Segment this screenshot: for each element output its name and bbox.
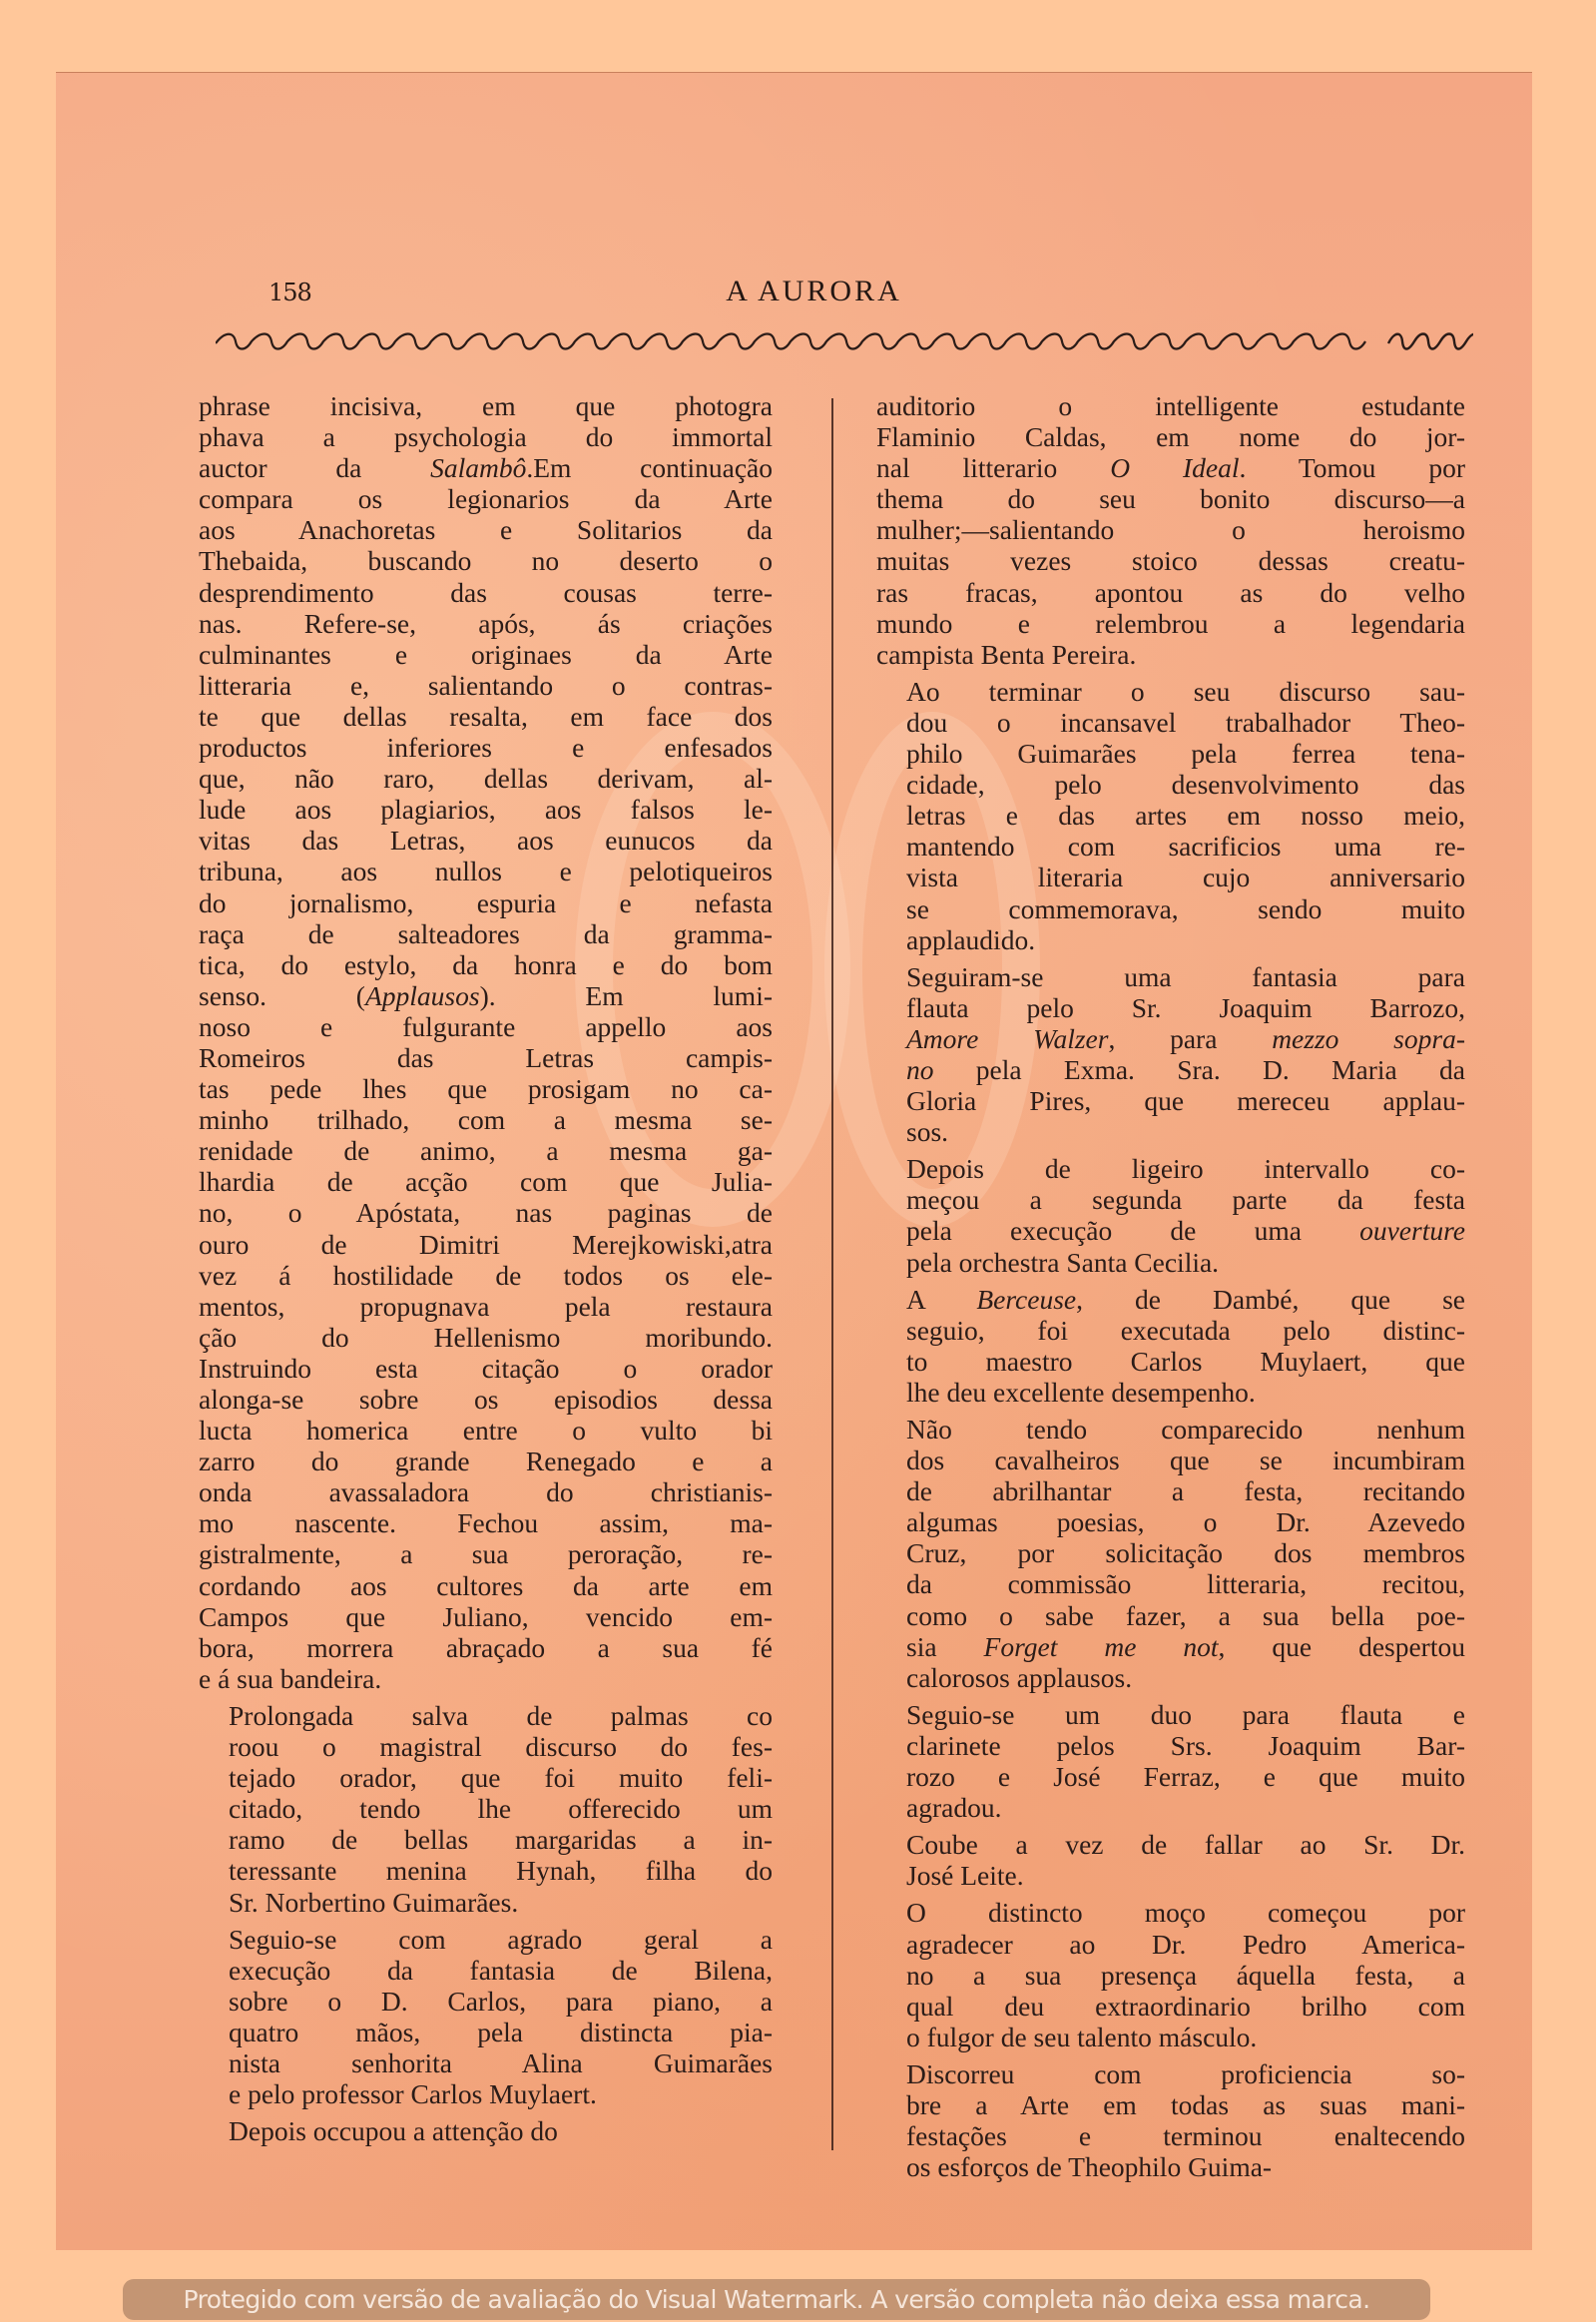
text-line: Discorreu com proficiencia so- — [876, 2058, 1465, 2089]
text-line: zarro do grande Renegado e a — [199, 1446, 773, 1476]
text-line: te que dellas resalta, em face dos — [199, 701, 773, 732]
text-line: sobre o D. Carlos, para piano, a — [199, 1986, 773, 2017]
paragraph: Seguio-se um duo para flauta eclarinete … — [876, 1699, 1465, 1823]
text-line: qual deu extraordinario brilho com — [876, 1991, 1465, 2022]
text-line: letras e das artes em nosso meio, — [876, 800, 1465, 831]
text-line: ção do Hellenismo moribundo. — [199, 1322, 773, 1353]
text-line: no a sua presença áquella festa, a — [876, 1960, 1465, 1991]
text-line: Gloria Pires, que mereceu applau- — [876, 1085, 1465, 1116]
text-line: Cruz, por solicitação dos membros — [876, 1537, 1465, 1568]
text-line: culminantes e originaes da Arte — [199, 639, 773, 670]
text-line: vitas das Letras, aos eunucos da — [199, 825, 773, 856]
text-line: Romeiros das Letras campis- — [199, 1042, 773, 1073]
text-line: Amore Walzer, para mezzo sopra- — [876, 1023, 1465, 1054]
text-line: do jornalismo, espuria e nefasta — [199, 887, 773, 918]
text-line: nal litterario O Ideal. Tomou por — [876, 452, 1465, 483]
text-line: bre a Arte em todas as suas mani- — [876, 2089, 1465, 2120]
text-line: meçou a segunda parte da festa — [876, 1184, 1465, 1215]
text-line: Instruindo esta citação o orador — [199, 1353, 773, 1384]
text-line: roou o magistral discurso do fes- — [199, 1731, 773, 1762]
text-line: dos cavalheiros que se incumbiram — [876, 1445, 1465, 1475]
text-line: tica, do estylo, da honra e do bom — [199, 949, 773, 980]
text-line: phava a psychologia do immortal — [199, 421, 773, 452]
text-line: gistralmente, a sua peroração, re- — [199, 1538, 773, 1569]
text-line: lude aos plagiarios, aos falsos le- — [199, 794, 773, 825]
text-line: e pelo professor Carlos Muylaert. — [199, 2078, 773, 2109]
text-line: pela execução de uma ouverture — [876, 1215, 1465, 1246]
text-line: senso. (Applausos). Em lumi- — [199, 980, 773, 1011]
text-line: dou o incansavel trabalhador Theo- — [876, 707, 1465, 738]
text-line: noso e fulgurante appello aos — [199, 1011, 773, 1042]
text-line: pela orchestra Santa Cecilia. — [876, 1247, 1465, 1278]
wavy-rule-icon — [216, 329, 1473, 353]
text-line: cordando aos cultores da arte em — [199, 1570, 773, 1601]
text-line: campista Benta Pereira. — [876, 639, 1465, 670]
text-line: citado, tendo lhe offerecido um — [199, 1793, 773, 1824]
paragraph: Coube a vez de fallar ao Sr. Dr.José Lei… — [876, 1829, 1465, 1891]
text-line: flauta pelo Sr. Joaquim Barrozo, — [876, 992, 1465, 1023]
paragraph: A Berceuse, de Dambé, que seseguio, foi … — [876, 1284, 1465, 1408]
text-line: Seguiram-se uma fantasia para — [876, 961, 1465, 992]
text-line: Depois de ligeiro intervallo co- — [876, 1153, 1465, 1184]
text-line: calorosos applausos. — [876, 1662, 1465, 1693]
paragraph: auditorio o intelligente estudanteFlamin… — [876, 390, 1465, 670]
text-line: A Berceuse, de Dambé, que se — [876, 1284, 1465, 1315]
text-line: nista senhorita Alina Guimarães — [199, 2047, 773, 2078]
paragraph: phrase incisiva, em que photographava a … — [199, 390, 773, 1694]
text-line: quatro mãos, pela distincta pia- — [199, 2017, 773, 2047]
text-line: de abrilhantar a festa, recitando — [876, 1475, 1465, 1506]
text-line: o fulgor de seu talento másculo. — [876, 2022, 1465, 2052]
text-line: minho trilhado, com a mesma se- — [199, 1104, 773, 1135]
text-line: nas. Refere-se, após, ás criações — [199, 608, 773, 639]
text-line: philo Guimarães pela ferrea tena- — [876, 738, 1465, 769]
text-line: muitas vezes stoico dessas creatu- — [876, 545, 1465, 576]
text-line: desprendimento das cousas terre- — [199, 577, 773, 608]
text-line: O distincto moço começou por — [876, 1897, 1465, 1928]
text-line: Seguio-se um duo para flauta e — [876, 1699, 1465, 1730]
text-line: clarinete pelos Srs. Joaquim Bar- — [876, 1730, 1465, 1761]
text-line: José Leite. — [876, 1860, 1465, 1891]
text-line: phrase incisiva, em que photogra — [199, 390, 773, 421]
text-line: no pela Exma. Sra. D. Maria da — [876, 1054, 1465, 1085]
text-line: aos Anachoretas e Solitarios da — [199, 514, 773, 545]
text-line: alonga-se sobre os episodios dessa — [199, 1384, 773, 1415]
text-line: Coube a vez de fallar ao Sr. Dr. — [876, 1829, 1465, 1860]
paragraph: Seguio-se com agrado geral aexecução da … — [199, 1924, 773, 2110]
text-line: no, o Apóstata, nas paginas de — [199, 1197, 773, 1228]
text-line: seguio, foi executada pelo distinc- — [876, 1315, 1465, 1346]
text-line: Ao terminar o seu discurso sau- — [876, 676, 1465, 707]
text-line: auditorio o intelligente estudante — [876, 390, 1465, 421]
text-line: Prolongada salva de palmas co — [199, 1700, 773, 1731]
text-line: se commemorava, sendo muito — [876, 893, 1465, 924]
text-line: Sr. Norbertino Guimarães. — [199, 1887, 773, 1918]
text-line: mo nascente. Fechou assim, ma- — [199, 1507, 773, 1538]
text-line: Não tendo comparecido nenhum — [876, 1414, 1465, 1445]
text-line: lhe deu excellente desempenho. — [876, 1377, 1465, 1408]
text-line: agradecer ao Dr. Pedro America- — [876, 1929, 1465, 1960]
text-line: lucta homerica entre o vulto bi — [199, 1415, 773, 1446]
text-line: mentos, propugnava pela restaura — [199, 1291, 773, 1322]
text-line: raça de salteadores da gramma- — [199, 918, 773, 949]
text-line: mulher;—salientando o heroismo — [876, 514, 1465, 545]
text-line: auctor da Salambô.Em continuação — [199, 452, 773, 483]
paragraph: Não tendo comparecido nenhumdos cavalhei… — [876, 1414, 1465, 1693]
text-line: tribuna, aos nullos e pelotiqueiros — [199, 856, 773, 886]
paragraph: O distincto moço começou poragradecer ao… — [876, 1897, 1465, 2051]
text-line: tejado orador, que foi muito feli- — [199, 1762, 773, 1793]
text-line: da commissão litteraria, recitou, — [876, 1568, 1465, 1599]
text-line: renidade de animo, a mesma ga- — [199, 1135, 773, 1166]
text-line: sia Forget me not, que despertou — [876, 1631, 1465, 1662]
text-line: lhardia de acção com que Julia- — [199, 1166, 773, 1197]
text-line: vez á hostilidade de todos os ele- — [199, 1260, 773, 1291]
paragraph: Depois occupou a attenção do — [199, 2115, 773, 2146]
paragraph: Prolongada salva de palmas coroou o magi… — [199, 1700, 773, 1918]
journal-title: A AURORA — [56, 275, 1532, 308]
text-line: Campos que Juliano, vencido em- — [199, 1601, 773, 1632]
left-column: phrase incisiva, em que photographava a … — [199, 390, 773, 2146]
text-line: mantendo com sacrificios uma re- — [876, 831, 1465, 862]
text-line: Flaminio Caldas, em nome do jor- — [876, 421, 1465, 452]
text-line: Depois occupou a attenção do — [199, 2115, 773, 2146]
text-line: litteraria e, salientando o contras- — [199, 670, 773, 701]
watermark-banner: Protegido com versão de avaliação do Vis… — [123, 2279, 1430, 2320]
text-line: applaudido. — [876, 924, 1465, 955]
text-line: ramo de bellas margaridas a in- — [199, 1824, 773, 1855]
text-line: onda avassaladora do christianis- — [199, 1476, 773, 1507]
text-line: productos inferiores e enfesados — [199, 732, 773, 763]
text-line: teressante menina Hynah, filha do — [199, 1855, 773, 1886]
text-line: bora, morrera abraçado a sua fé — [199, 1632, 773, 1663]
paragraph: Discorreu com proficiencia so-bre a Arte… — [876, 2058, 1465, 2182]
text-line: execução da fantasia de Bilena, — [199, 1955, 773, 1986]
text-line: mundo e relembrou a legendaria — [876, 608, 1465, 639]
text-line: os esforços de Theophilo Guima- — [876, 2151, 1465, 2182]
text-line: Seguio-se com agrado geral a — [199, 1924, 773, 1955]
text-line: sos. — [876, 1116, 1465, 1147]
text-line: rozo e José Ferraz, e que muito — [876, 1761, 1465, 1792]
text-line: ouro de Dimitri Merejkowiski,atra — [199, 1229, 773, 1260]
column-divider — [831, 398, 833, 2150]
text-line: compara os legionarios da Arte — [199, 483, 773, 514]
text-line: tas pede lhes que prosigam no ca- — [199, 1073, 773, 1104]
text-line: e á sua bandeira. — [199, 1663, 773, 1694]
text-line: Thebaida, buscando no deserto o — [199, 545, 773, 576]
running-header: 158 A AURORA — [56, 279, 1532, 318]
text-line: ras fracas, apontou as do velho — [876, 577, 1465, 608]
text-line: como o sabe fazer, a sua bella poe- — [876, 1600, 1465, 1631]
right-column: auditorio o intelligente estudanteFlamin… — [876, 390, 1465, 2182]
text-line: algumas poesias, o Dr. Azevedo — [876, 1506, 1465, 1537]
paragraph: Depois de ligeiro intervallo co-meçou a … — [876, 1153, 1465, 1277]
text-line: thema do seu bonito discurso—a — [876, 483, 1465, 514]
text-line: cidade, pelo desenvolvimento das — [876, 769, 1465, 800]
text-line: que, não raro, dellas derivam, al- — [199, 763, 773, 794]
scanned-page: 158 A AURORA phrase incisiva, em que pho… — [56, 72, 1532, 2250]
text-line: agradou. — [876, 1792, 1465, 1823]
paragraph: Ao terminar o seu discurso sau-dou o inc… — [876, 676, 1465, 955]
paragraph: Seguiram-se uma fantasia paraflauta pelo… — [876, 961, 1465, 1148]
text-line: vista literaria cujo anniversario — [876, 862, 1465, 892]
text-line: to maestro Carlos Muylaert, que — [876, 1346, 1465, 1377]
text-line: festações e terminou enaltecendo — [876, 2120, 1465, 2151]
